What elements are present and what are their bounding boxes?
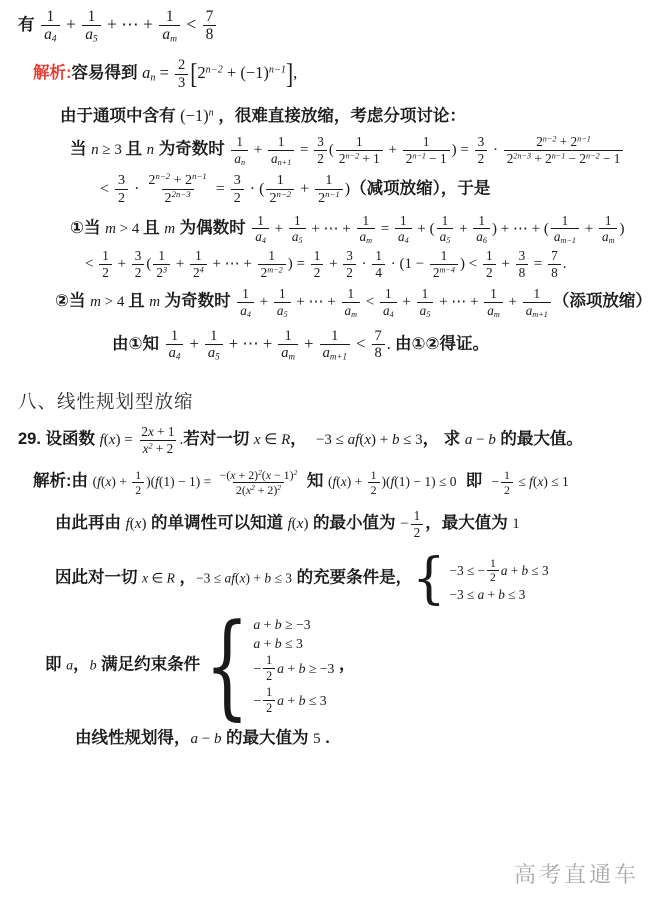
- math-run: −: [253, 661, 261, 677]
- text-run: 由于通项中含有: [60, 107, 180, 125]
- fraction: 1am: [484, 287, 503, 318]
- superscript: n−1: [412, 151, 426, 160]
- fraction-denominator: a4: [252, 228, 269, 245]
- fraction: 14: [372, 249, 385, 280]
- fraction-denominator: a4: [166, 344, 184, 362]
- math-run: <: [182, 14, 201, 34]
- fraction-numerator: 1: [397, 214, 410, 229]
- fraction: 12: [99, 249, 112, 280]
- math-variable: b: [522, 563, 529, 578]
- fraction-denominator: 2n−1 − 1: [403, 150, 450, 167]
- math-run: 1: [490, 286, 497, 301]
- reduction-bound: < 32 · 2n−2 + 2n−122n−3 = 32 · (12n−2 + …: [100, 173, 667, 206]
- fraction-denominator: 2m−2: [258, 264, 286, 281]
- math-run: + ⋯ +: [435, 294, 482, 310]
- math-run: + 1: [154, 424, 175, 439]
- fraction: −(x + 2)2(x − 1)22(x2 + 2)2: [217, 469, 301, 497]
- fraction-numerator: 1: [263, 654, 275, 668]
- math-run: 2: [197, 63, 205, 82]
- math-variable: b: [275, 617, 282, 633]
- analysis-general-term: 解析:容易得到 an = 23[2n−2 + (−1)n−1],: [33, 57, 667, 91]
- math-run: 1: [356, 134, 363, 149]
- fraction: 12: [132, 469, 144, 497]
- fraction-denominator: 2: [115, 189, 128, 207]
- cases-row: a + b ≤ 3: [253, 636, 303, 652]
- text-run: 由①知: [112, 335, 164, 353]
- fraction-denominator: a5: [274, 302, 291, 319]
- math-run: −: [491, 474, 499, 489]
- fraction: 1an+1: [268, 135, 294, 166]
- fraction-numerator: 1: [559, 214, 572, 229]
- fraction: 1a5: [274, 287, 291, 318]
- fraction: 1a6: [473, 214, 490, 245]
- math-run: +: [185, 334, 203, 353]
- fraction-numerator: 2n−2 + 2n−1: [533, 135, 594, 150]
- fraction-numerator: 1: [155, 249, 168, 264]
- fraction-denominator: 2: [343, 264, 356, 281]
- math-variable: R: [281, 432, 290, 448]
- math-run: 2: [314, 265, 321, 280]
- superscript: n−2: [543, 134, 557, 143]
- math-run: + 2: [531, 151, 552, 166]
- cases-row: −12a + b ≥ −3: [253, 654, 334, 683]
- math-run: )(: [146, 474, 155, 489]
- fraction-denominator: a5: [437, 228, 454, 245]
- math-run: (: [146, 256, 151, 272]
- subscript: m: [494, 310, 500, 319]
- math-run: +: [260, 617, 275, 633]
- fraction-denominator: a5: [289, 228, 306, 245]
- fraction: 1am+1: [320, 328, 350, 362]
- math-run: +: [484, 587, 498, 602]
- math-run: 2: [165, 190, 172, 206]
- math-run: ≤ 3: [399, 432, 422, 448]
- superscript: 3: [163, 265, 167, 274]
- fraction-numerator: 1: [263, 686, 275, 700]
- subscript: 5: [283, 310, 287, 319]
- math-run: + 2: [556, 134, 577, 149]
- math-run: +: [507, 563, 521, 578]
- math-run: .: [387, 334, 395, 353]
- fraction-numerator: 1: [368, 469, 380, 482]
- math-run: > 4: [101, 294, 128, 310]
- math-variable: x: [364, 432, 371, 448]
- fraction: 12n−2: [266, 173, 294, 206]
- fraction: 12: [263, 686, 275, 715]
- math-run: +: [581, 221, 597, 237]
- superscript: m−4: [440, 265, 456, 274]
- math-variable: a: [255, 229, 262, 244]
- text-run: ，: [334, 655, 355, 673]
- fraction-denominator: a5: [417, 302, 434, 319]
- math-run: −: [253, 693, 261, 709]
- text-run: 即: [45, 655, 66, 673]
- left-brace: {: [412, 548, 446, 612]
- cases-row: −12a + b ≤ 3: [253, 686, 326, 715]
- fraction: 12n−1 − 1: [403, 135, 450, 166]
- math-variable: a: [277, 661, 284, 677]
- fraction-numerator: 1: [419, 287, 432, 302]
- fraction-denominator: am−1: [551, 228, 579, 245]
- fraction-numerator: 1: [43, 8, 57, 25]
- subscript: 4: [405, 236, 409, 245]
- fraction: 2x + 1x2 + 2: [138, 425, 177, 456]
- fraction-numerator: 1: [275, 135, 288, 150]
- fraction-numerator: 3: [115, 173, 128, 189]
- math-variable: a: [169, 345, 176, 361]
- math-run: 1: [102, 248, 109, 263]
- fraction-numerator: 1: [344, 287, 357, 302]
- subscript: 5: [215, 351, 220, 361]
- math-run: 1: [486, 248, 493, 263]
- math-run: 8: [375, 345, 382, 361]
- superscript: n−1: [325, 189, 340, 199]
- watermark: 高考直通车: [514, 858, 639, 889]
- fraction-numerator: 1: [359, 214, 372, 229]
- math-run: ∈: [261, 432, 282, 448]
- math-run: <: [85, 256, 97, 272]
- math-run: )(: [382, 474, 391, 489]
- math-run: · (1 −: [387, 256, 428, 272]
- math-variable: a: [383, 303, 390, 318]
- big-bracket: [: [190, 58, 197, 91]
- fraction-denominator: 2n−2 + 1: [336, 150, 383, 167]
- text-run: 满足约束条件: [97, 655, 205, 673]
- math-variable: b: [488, 432, 496, 448]
- fraction: 1am: [342, 287, 361, 318]
- fraction-numerator: 1: [99, 249, 112, 264]
- fraction-numerator: 1: [328, 328, 341, 344]
- text-run: ， 求: [423, 430, 465, 448]
- fraction: 12: [483, 249, 496, 280]
- fraction-numerator: 3: [231, 173, 244, 189]
- math-run: 2: [536, 134, 543, 149]
- math-run: ≤ 3: [282, 636, 303, 652]
- fraction: 1a4: [237, 287, 254, 318]
- fraction-denominator: 2: [487, 570, 499, 585]
- fraction-numerator: 3: [516, 249, 529, 264]
- fraction: 1a5: [289, 214, 306, 245]
- fraction-numerator: 1: [291, 214, 304, 229]
- subscript: n: [241, 158, 245, 167]
- fraction-denominator: 2: [263, 700, 275, 715]
- math-run: ∈: [148, 571, 167, 586]
- subscript: 6: [483, 236, 487, 245]
- text-run: 29. 设函数: [18, 430, 100, 448]
- fraction-denominator: 4: [372, 264, 385, 281]
- math-run: ≤ 3: [528, 563, 548, 578]
- math-run: ·: [130, 180, 143, 197]
- fraction-denominator: 2: [132, 482, 144, 497]
- math-run: +: [325, 256, 341, 272]
- math-run: −(: [220, 468, 231, 482]
- fraction-numerator: 1: [353, 135, 366, 150]
- fraction-denominator: 2: [132, 264, 145, 281]
- math-run: 1: [371, 468, 377, 482]
- fraction: 23: [175, 57, 188, 91]
- subscript: m: [170, 34, 177, 45]
- math-variable: a: [478, 587, 485, 602]
- math-run: +: [385, 142, 401, 158]
- fraction-denominator: 2: [475, 150, 488, 167]
- math-variable: b: [498, 587, 505, 602]
- math-run: 2: [135, 265, 142, 280]
- text-run: 若对一切: [183, 430, 254, 448]
- math-run: 3: [317, 134, 324, 149]
- text-run: （减项放缩），于是: [350, 179, 490, 197]
- math-run: − 2: [565, 151, 586, 166]
- math-run: ) + ⋯ + (: [492, 221, 549, 237]
- math-variable: a: [277, 693, 284, 709]
- text-run: 解析:由: [33, 472, 93, 490]
- math-run: 1: [195, 248, 202, 263]
- math-run: −: [400, 516, 408, 532]
- analysis-identity: 解析:由 (f(x) + 12)(f(1) − 1) = −(x + 2)2(x…: [33, 469, 667, 497]
- fraction-denominator: 22n−3: [162, 189, 194, 207]
- math-run: −3 ≤: [196, 571, 225, 586]
- fraction: 12n−1: [315, 173, 343, 206]
- fraction: 1a5: [82, 8, 100, 44]
- math-run: +: [296, 180, 313, 197]
- fraction-numerator: 1: [233, 135, 246, 150]
- subscript: 4: [390, 310, 394, 319]
- fraction: 2n−2 + 2n−122n−3: [145, 173, 209, 206]
- math-run: ≤: [515, 474, 529, 489]
- math-run: 4: [375, 265, 382, 280]
- math-run: ) <: [460, 256, 481, 272]
- math-run: + ⋯ +: [103, 14, 158, 34]
- math-variable: a: [271, 151, 278, 166]
- text-run: ，最大值为: [425, 514, 512, 532]
- math-run: =: [296, 142, 312, 158]
- fraction-numerator: 3: [343, 249, 356, 264]
- text-run: 当: [70, 140, 91, 158]
- math-run: =: [212, 180, 229, 197]
- fraction-denominator: an: [231, 150, 248, 167]
- subscript: 5: [298, 236, 302, 245]
- math-run: 1: [422, 286, 429, 301]
- fraction: 12: [501, 469, 513, 497]
- odd-n-case-identity: 当 n ≥ 3 且 n 为奇数时 1an + 1an+1 = 32(12n−2 …: [70, 135, 667, 166]
- subscript: m: [366, 236, 372, 245]
- math-run: 2: [490, 571, 496, 584]
- fraction-denominator: a4: [395, 228, 412, 245]
- superscript: 2n−3: [513, 151, 531, 160]
- fraction: 2n−2 + 2n−122n−3 + 2n−1 − 2n−2 − 1: [504, 135, 624, 166]
- case-even-m: ①当 m > 4 且 m 为偶数时 1a4 + 1a5 + ⋯ + 1am = …: [70, 214, 667, 245]
- math-run: 1: [362, 213, 369, 228]
- math-run: 1: [423, 134, 430, 149]
- fraction-numerator: 1: [192, 249, 205, 264]
- document-body: 有 1a4 + 1a5 + ⋯ + 1am < 78解析:容易得到 an = 2…: [0, 8, 667, 748]
- fraction-numerator: 1: [602, 214, 615, 229]
- math-variable: af: [348, 432, 360, 448]
- math-run: 1: [347, 286, 354, 301]
- math-run: 2: [317, 151, 324, 166]
- superscript: n−1: [269, 65, 286, 76]
- math-run: 1: [46, 8, 54, 25]
- math-run: 1: [385, 286, 392, 301]
- math-run: +: [399, 294, 415, 310]
- math-run: 8: [519, 265, 526, 280]
- subscript: m: [609, 236, 615, 245]
- fraction: 1a5: [205, 328, 223, 362]
- fraction: 1a4: [252, 214, 269, 245]
- math-variable: a: [602, 229, 609, 244]
- math-run: − 1): [271, 468, 294, 482]
- math-run: 1: [236, 134, 243, 149]
- fraction: 12m−4: [430, 249, 458, 280]
- math-variable: m: [105, 221, 116, 237]
- math-run: 1: [478, 213, 485, 228]
- fraction: 32: [314, 135, 327, 166]
- text-run: 因此对一切: [55, 569, 142, 587]
- fraction-numerator: 1: [239, 287, 252, 302]
- math-run: + ⋯ +: [308, 221, 355, 237]
- fraction-denominator: a5: [82, 25, 100, 44]
- math-run: + ⋯ +: [293, 294, 340, 310]
- math-variable: a: [253, 617, 260, 633]
- cases-row: a + b ≥ −3: [253, 617, 310, 633]
- fraction: 12n−2 + 1: [336, 135, 383, 166]
- fraction: 32: [343, 249, 356, 280]
- fraction-numerator: 3: [475, 135, 488, 150]
- superscript: n−1: [192, 171, 207, 181]
- math-run: (1) − 1) =: [159, 474, 215, 489]
- fraction: 38: [516, 249, 529, 280]
- math-run: 1: [512, 516, 520, 532]
- text-run: ，: [175, 569, 196, 587]
- math-run: + 2: [170, 172, 192, 188]
- math-run: 2: [118, 190, 125, 206]
- fraction-numerator: 1: [274, 173, 287, 189]
- text-run: ，: [290, 430, 316, 448]
- fraction: 32: [115, 173, 128, 206]
- math-run: 5: [313, 731, 321, 747]
- conclusion-line: 由①知 1a4 + 1a5 + ⋯ + 1am + 1am+1 < 78. 由①…: [112, 328, 667, 362]
- math-run: (1) − 1) ≤ 0: [394, 474, 456, 489]
- math-variable: b: [275, 636, 282, 652]
- necessary-sufficient-condition: 因此对一切 x ∈ R ，−3 ≤ af(x) + b ≤ 3 的充要条件是，{…: [55, 549, 667, 610]
- text-run: 且: [128, 292, 149, 310]
- math-run: +: [498, 256, 514, 272]
- discussion-note: 由于通项中含有 (−1)n ，很难直接放缩，考虑分项讨论：: [60, 107, 667, 126]
- fraction-numerator: 1: [411, 509, 424, 524]
- fraction-denominator: 8: [203, 25, 217, 44]
- fraction-numerator: 1: [265, 249, 278, 264]
- fraction: 1a4: [41, 8, 59, 44]
- fraction: 1am: [599, 214, 618, 245]
- fraction-numerator: 1: [487, 557, 499, 570]
- fraction-numerator: 1: [501, 469, 513, 482]
- fraction-denominator: 2: [501, 482, 513, 497]
- fraction: 78: [203, 8, 217, 44]
- problem-29: 29. 设函数 f(x) = 2x + 1x2 + 2.若对一切 x ∈ R， …: [18, 425, 667, 456]
- math-run: 3: [346, 248, 353, 263]
- math-run: 1: [400, 213, 407, 228]
- fraction-denominator: 8: [516, 264, 529, 281]
- fraction-denominator: am: [357, 228, 376, 245]
- math-run: 1: [294, 213, 301, 228]
- fraction-numerator: 3: [314, 135, 327, 150]
- math-run: ·: [358, 256, 371, 272]
- subscript: 5: [446, 236, 450, 245]
- math-variable: n: [91, 142, 99, 158]
- math-run: 1: [285, 328, 292, 344]
- fraction-denominator: 2: [231, 189, 244, 207]
- fraction-denominator: a4: [237, 302, 254, 319]
- fraction-denominator: a5: [205, 344, 223, 362]
- fraction-denominator: am: [599, 228, 618, 245]
- fraction-numerator: 2: [175, 57, 188, 73]
- fraction-numerator: 1: [420, 135, 433, 150]
- math-run: + (: [414, 221, 435, 237]
- math-run: 2: [234, 190, 241, 206]
- fraction-denominator: 8: [548, 264, 561, 281]
- math-run: 1: [277, 172, 284, 188]
- fraction-denominator: 2n−1: [315, 189, 343, 207]
- math-variable: a: [281, 345, 288, 361]
- math-run: 3: [135, 248, 142, 263]
- math-run: 2: [433, 265, 440, 280]
- text-run: 知: [302, 472, 328, 490]
- math-run: −3 ≤ −: [450, 563, 485, 578]
- math-run: 1: [490, 557, 496, 570]
- text-run: 且: [126, 140, 147, 158]
- math-run: +: [172, 256, 188, 272]
- text-run: 的最大值。: [496, 430, 583, 448]
- math-run: − 1: [600, 151, 621, 166]
- math-run: 2: [346, 265, 353, 280]
- math-variable: a: [85, 26, 93, 43]
- text-run: ①当: [70, 219, 105, 237]
- fraction-denominator: am+1: [320, 344, 350, 362]
- math-run: −3 ≤: [450, 587, 478, 602]
- cases-row: −3 ≤ −12a + b ≤ 3: [450, 557, 549, 585]
- fraction-numerator: 1: [475, 214, 488, 229]
- fraction-numerator: 1: [132, 469, 144, 482]
- fraction-numerator: 1: [254, 214, 267, 229]
- math-run: 1: [88, 8, 96, 25]
- math-run: ,: [293, 63, 297, 82]
- fraction-denominator: 2: [99, 264, 112, 281]
- math-run: +: [284, 661, 299, 677]
- fraction-denominator: 3: [175, 74, 188, 92]
- math-run: 8: [206, 26, 214, 43]
- superscript: n−2: [155, 171, 170, 181]
- fraction-denominator: 2: [311, 264, 324, 281]
- math-run: =: [377, 221, 393, 237]
- math-run: <: [100, 180, 113, 197]
- fraction-denominator: 2: [483, 264, 496, 281]
- fraction-numerator: 1: [372, 249, 385, 264]
- math-run: + 2): [255, 483, 278, 497]
- math-run: +: [256, 294, 272, 310]
- math-run: 2: [414, 525, 421, 540]
- fraction-denominator: 2(x2 + 2)2: [233, 482, 284, 497]
- fraction: 1a5: [437, 214, 454, 245]
- fraction: 1am: [357, 214, 376, 245]
- subscript: m+1: [330, 351, 347, 361]
- math-run: 2: [135, 483, 141, 497]
- constraint-system: 即 a，b 满足约束条件 {a + b ≥ −3a + b ≤ 3−12a + …: [45, 617, 667, 715]
- math-run: −3 ≤: [316, 432, 348, 448]
- fraction-denominator: am: [484, 302, 503, 319]
- math-run: <: [352, 334, 370, 353]
- fraction-numerator: 7: [548, 249, 561, 264]
- math-run: =: [155, 63, 173, 82]
- fraction-numerator: 1: [168, 328, 181, 344]
